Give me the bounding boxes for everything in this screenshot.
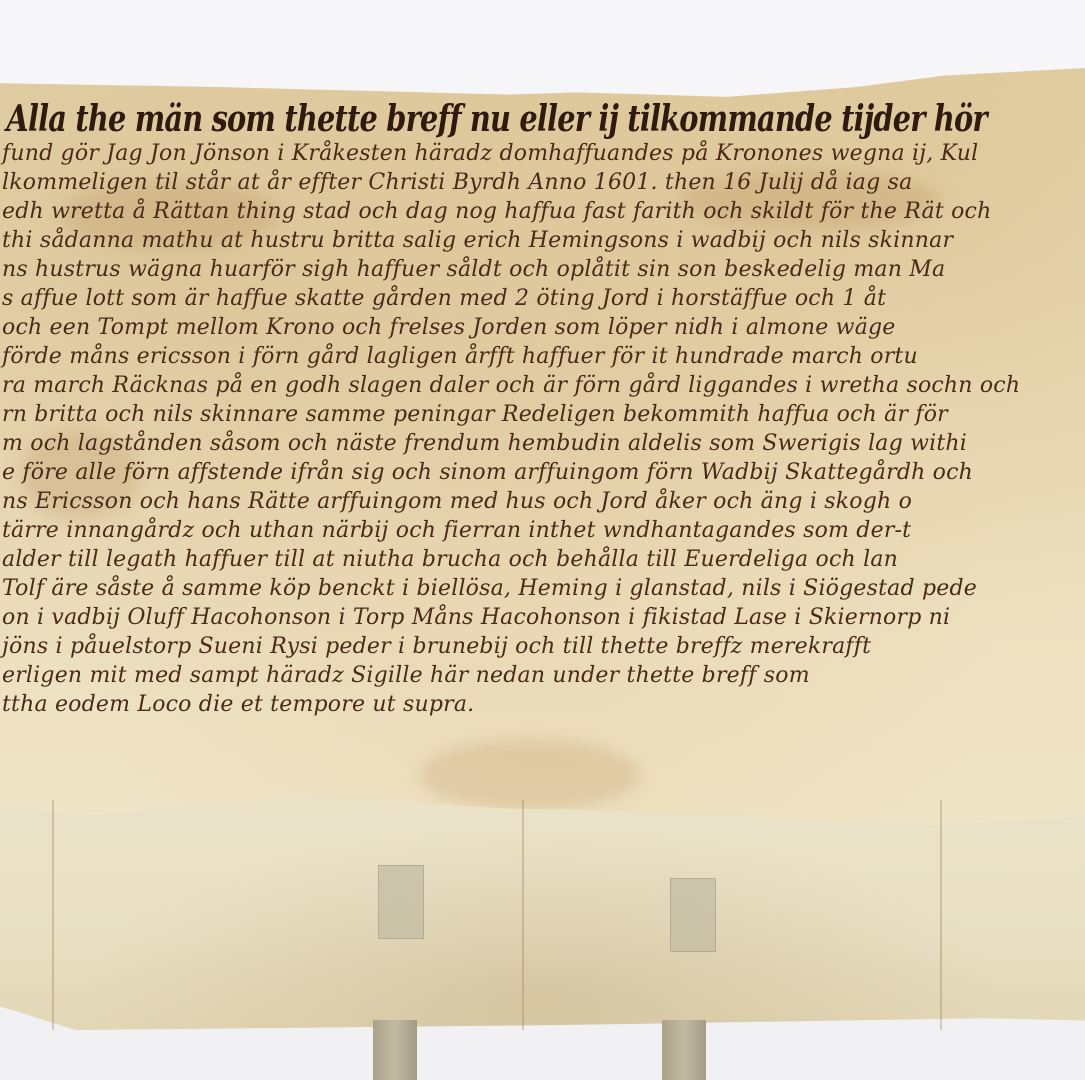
manuscript-line: erligen mit med sampt häradz Sigille här… — [0, 661, 1085, 690]
parchment-folded-flap — [0, 795, 1085, 1030]
manuscript-line: och een Tompt mellom Krono och frelses J… — [0, 313, 1085, 342]
fold-crease — [940, 800, 942, 1030]
manuscript-line: edh wretta å Rättan thing stad och dag n… — [0, 197, 1085, 226]
manuscript-line: rn britta och nils skinnare samme pening… — [0, 400, 1085, 429]
seal-slot-right — [670, 878, 716, 952]
manuscript-line: e före alle förn affstende ifrån sig och… — [0, 458, 1085, 487]
manuscript-line: s affue lott som är haffue skatte gården… — [0, 284, 1085, 313]
seal-slot-left — [378, 865, 424, 939]
manuscript-line: thi sådanna mathu at hustru britta salig… — [0, 226, 1085, 255]
manuscript-line: ttha eodem Loco die et tempore ut supra. — [0, 690, 1085, 719]
fold-crease — [522, 800, 524, 1030]
fold-crease — [52, 800, 54, 1030]
manuscript-line: Tolf äre såste å samme köp benckt i biel… — [0, 574, 1085, 603]
seal-strap-left — [373, 1020, 417, 1080]
manuscript-line: förde måns ericsson i förn gård lagligen… — [0, 342, 1085, 371]
manuscript-line: fund gör Jag Jon Jönson i Kråkesten hära… — [0, 139, 1085, 168]
manuscript-line: lkommeligen til står at år effter Christ… — [0, 168, 1085, 197]
manuscript-line: jöns i påuelstorp Sueni Rysi peder i bru… — [0, 632, 1085, 661]
manuscript-line: ns Ericsson och hans Rätte arffuingom me… — [0, 487, 1085, 516]
seal-strap-right — [662, 1020, 706, 1080]
manuscript-text: Alla the män som thette breff nu eller i… — [0, 95, 1085, 719]
manuscript-line: on i vadbij Oluff Hacohonson i Torp Måns… — [0, 603, 1085, 632]
photo-scene: Alla the män som thette breff nu eller i… — [0, 0, 1085, 1080]
manuscript-line: ra march Räcknas på en godh slagen daler… — [0, 371, 1085, 400]
manuscript-line: alder till legath haffuer till at niutha… — [0, 545, 1085, 574]
manuscript-line: m och lagstånden såsom och näste frendum… — [0, 429, 1085, 458]
manuscript-line: tärre innangårdz och uthan närbij och fi… — [0, 516, 1085, 545]
water-stain — [420, 740, 640, 810]
manuscript-heading: Alla the män som thette breff nu eller i… — [0, 95, 868, 139]
manuscript-line: ns hustrus wägna huarför sigh haffuer så… — [0, 255, 1085, 284]
